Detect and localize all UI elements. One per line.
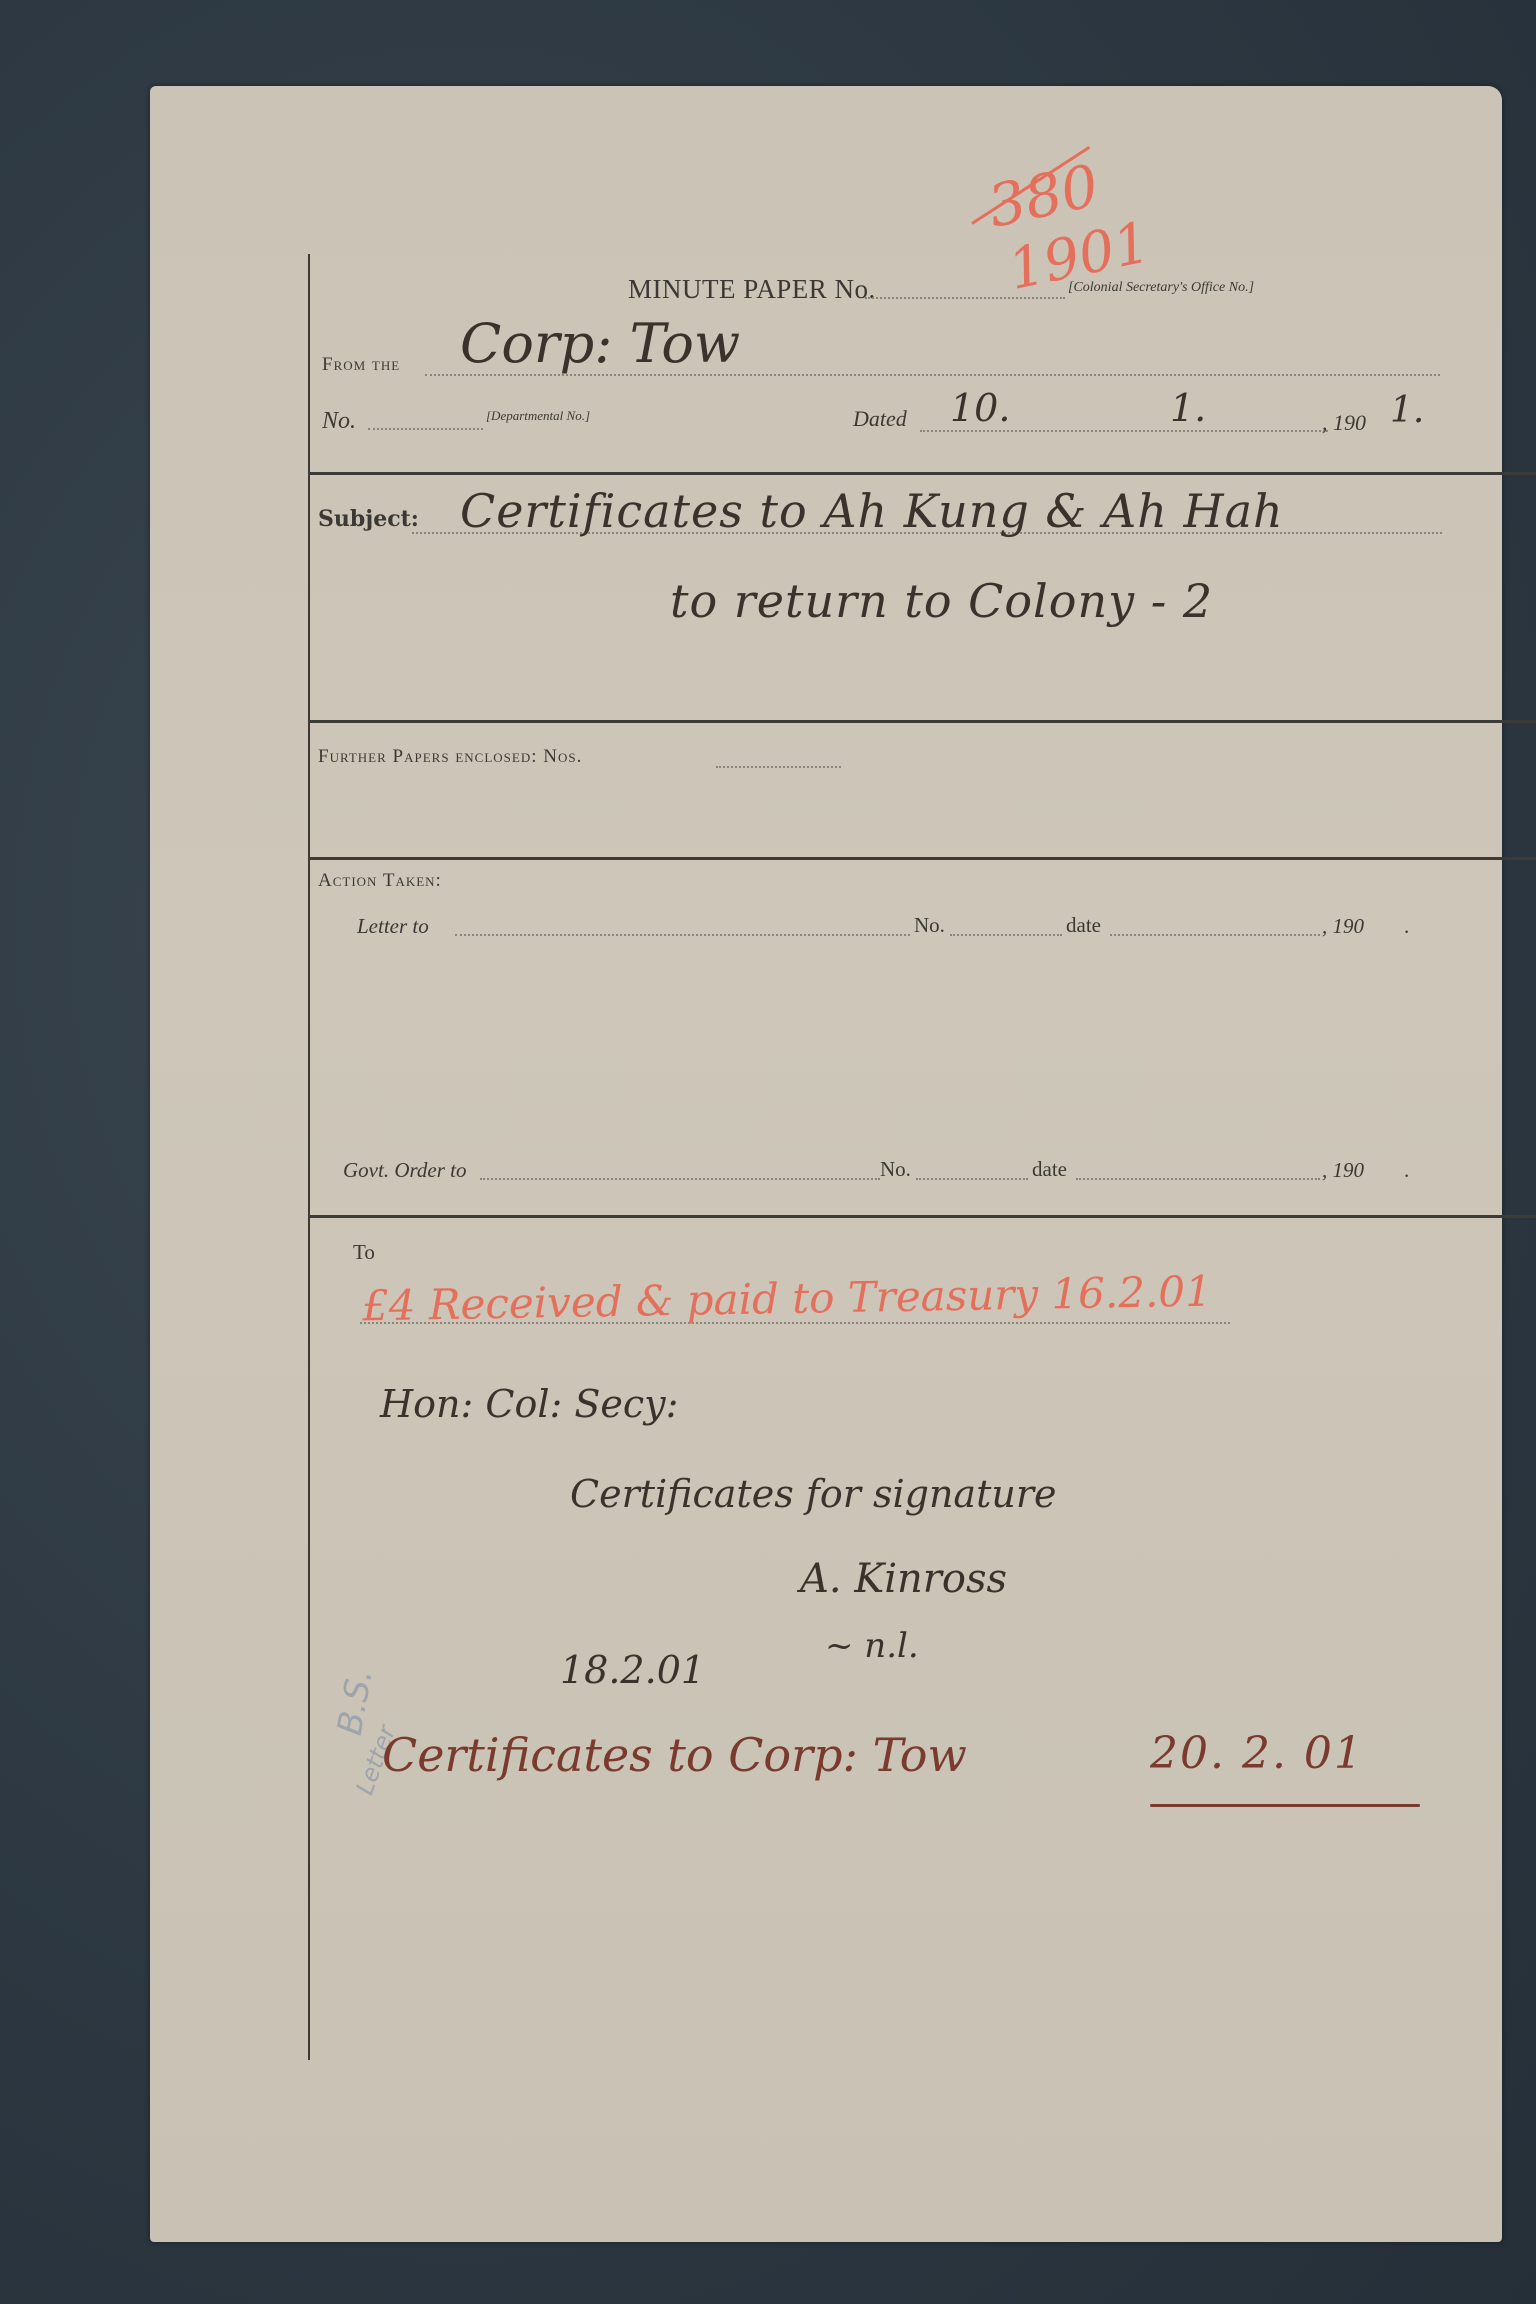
letter-date-label: date <box>1066 913 1101 938</box>
letter-year-label: , 190 <box>1322 914 1364 939</box>
divider-to <box>308 1215 1536 1218</box>
action-taken-label: Action Taken: <box>318 870 442 892</box>
govt-no-dots <box>916 1178 1028 1180</box>
dated-label: Dated <box>853 406 907 432</box>
govt-no-label: No. <box>880 1157 911 1182</box>
dept-no-dots <box>368 428 483 430</box>
govt-date-dots <box>1076 1178 1320 1180</box>
addressee: Hon: Col: Secy: <box>380 1382 678 1426</box>
minute-paper-sheet: MINUTE PAPER No. [Colonial Secretary's O… <box>150 86 1502 2242</box>
signed-date: 18.2.01 <box>560 1648 705 1692</box>
minute-paper-title: MINUTE PAPER No. <box>628 274 876 305</box>
final-date-underline <box>1150 1804 1420 1807</box>
dated-year-prefix: , 190 <box>1322 410 1366 436</box>
dept-no-note: [Departmental No.] <box>486 408 590 424</box>
letter-no-dots <box>950 934 1062 936</box>
letter-to-label: Letter to <box>357 914 429 939</box>
final-date: 20. 2. 01 <box>1150 1728 1364 1779</box>
dated-dots <box>920 430 1328 432</box>
dated-month: 1. <box>1170 386 1206 430</box>
letter-no-label: No. <box>914 913 945 938</box>
subject-label: Subject: <box>318 506 419 532</box>
left-margin-rule <box>308 254 310 2060</box>
divider-action-taken <box>308 857 1536 860</box>
letter-to-dots <box>455 934 910 936</box>
further-papers-dots <box>716 766 841 768</box>
divider-subject <box>308 472 1536 475</box>
govt-order-dots <box>480 1178 880 1180</box>
dated-day: 10. <box>950 386 1010 430</box>
letter-date-dots <box>1110 934 1320 936</box>
govt-year-label: , 190 <box>1322 1158 1364 1183</box>
from-value: Corp: Tow <box>460 312 740 375</box>
to-label: To <box>353 1240 375 1265</box>
dated-year-suffix: 1. <box>1390 390 1424 431</box>
letter-year-end: . <box>1404 914 1409 939</box>
initials: ~ n.l. <box>825 1626 919 1666</box>
subject-line-1: Certificates to Ah Kung & Ah Hah <box>460 484 1284 538</box>
govt-year-end: . <box>1404 1158 1409 1183</box>
final-note: Certificates to Corp: Tow <box>382 1728 967 1782</box>
body-text: Certificates for signature <box>570 1472 1056 1516</box>
treasury-note: £4 Received & paid to Treasury 16.2.01 <box>362 1267 1213 1331</box>
divider-further-papers <box>308 720 1536 723</box>
govt-date-label: date <box>1032 1157 1067 1182</box>
subject-line-2: to return to Colony - 2 <box>670 574 1213 628</box>
further-papers-label: Further Papers enclosed: Nos. <box>318 746 582 768</box>
from-label: From the <box>322 354 400 376</box>
dept-no-label: No. <box>322 408 356 435</box>
signature: A. Kinross <box>800 1556 1007 1602</box>
govt-order-label: Govt. Order to <box>343 1158 466 1183</box>
